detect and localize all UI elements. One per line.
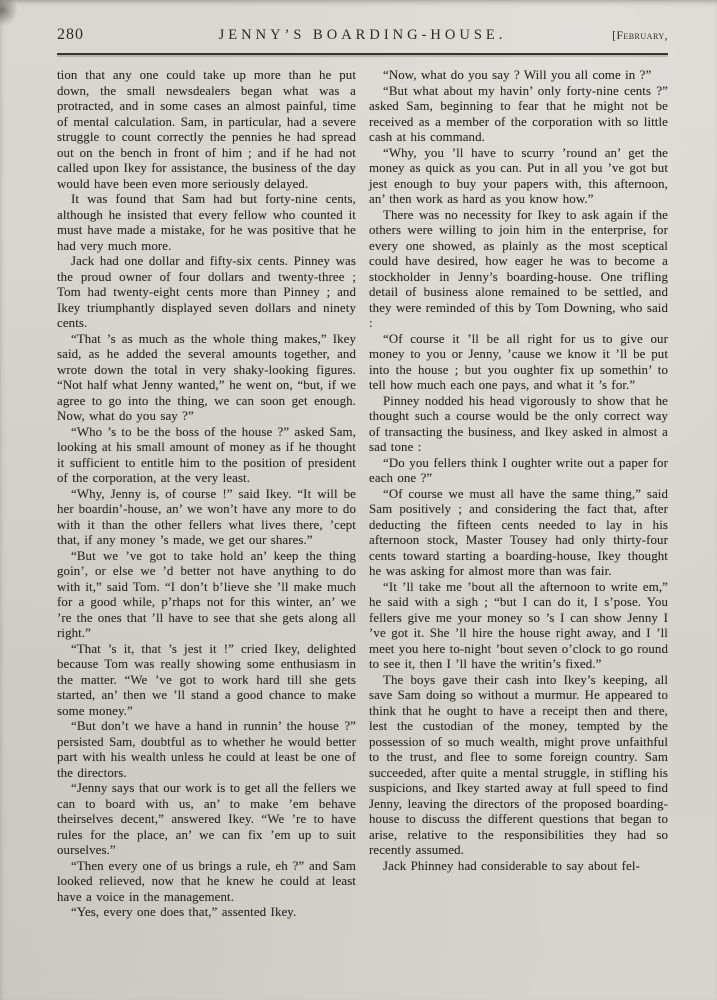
paragraph: “Jenny says that our work is to get all … [57, 781, 356, 859]
paragraph: “Why, Jenny is, of course !” said Ikey. … [57, 487, 356, 549]
paragraph: “Then every one of us brings a rule, eh … [57, 859, 356, 906]
issue-date: [February, [608, 30, 668, 42]
paragraph: “Now, what do you say ? Will you all com… [369, 68, 668, 84]
paragraph: “Yes, every one does that,” assented Ike… [57, 905, 356, 921]
paragraph: Jack had one dollar and fifty-six cents.… [57, 254, 356, 332]
page-title: JENNY’S BOARDING-HOUSE. [117, 27, 608, 44]
page-body: tion that any one could take up more tha… [57, 68, 668, 921]
paragraph: “It ’ll take me ’bout all the afternoon … [369, 580, 668, 673]
paragraph: There was no necessity for Ikey to ask a… [369, 208, 668, 332]
scanned-book-page: 280 JENNY’S BOARDING-HOUSE. [February, t… [0, 0, 717, 1000]
page-number: 280 [57, 26, 117, 44]
paragraph: “Of course it ’ll be all right for us to… [369, 332, 668, 394]
paragraph: “But we ’ve got to take hold an’ keep th… [57, 549, 356, 642]
paragraph: “But what about my havin’ only forty-nin… [369, 84, 668, 146]
paragraph: “That ’s as much as the whole thing make… [57, 332, 356, 425]
running-head: 280 JENNY’S BOARDING-HOUSE. [February, [57, 26, 668, 44]
paragraph: “Who ’s to be the boss of the house ?” a… [57, 425, 356, 487]
left-column: tion that any one could take up more tha… [57, 68, 356, 921]
paragraph: “That ’s it, that ’s jest it !” cried Ik… [57, 642, 356, 720]
paragraph: It was found that Sam had but forty-nine… [57, 192, 356, 254]
paragraph: “But don’t we have a hand in runnin’ the… [57, 719, 356, 781]
paragraph: “Of course we must all have the same thi… [369, 487, 668, 580]
paragraph: Jack Phinney had considerable to say abo… [369, 859, 668, 875]
paragraph: “Why, you ’ll have to scurry ’round an’ … [369, 146, 668, 208]
paragraph: tion that any one could take up more tha… [57, 68, 356, 192]
paragraph: “Do you fellers think I oughter write ou… [369, 456, 668, 487]
right-column: “Now, what do you say ? Will you all com… [369, 68, 668, 921]
header-rule [57, 53, 668, 55]
paragraph: Pinney nodded his head vigorously to sho… [369, 394, 668, 456]
paragraph: The boys gave their cash into Ikey’s kee… [369, 673, 668, 859]
